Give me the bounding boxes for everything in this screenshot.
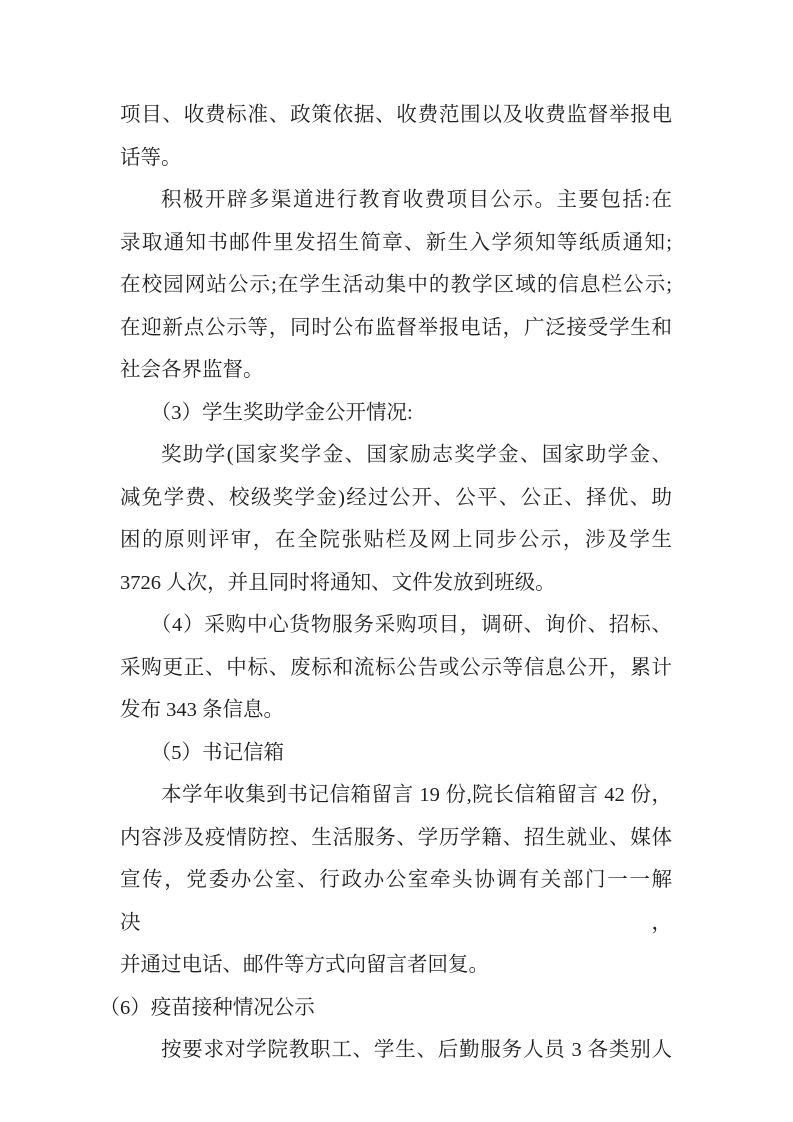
paragraph: 积极开辟多渠道进行教育收费项目公示。主要包括:在录取通知书邮件里发招生简章、新生… bbox=[120, 179, 672, 392]
paragraph: （6）疫苗接种情况公示 bbox=[120, 987, 672, 1030]
paragraph: （5）书记信箱 bbox=[120, 732, 672, 775]
text-line: 按要求对学院教职工、学生、后勤服务人员 3 各类别人 bbox=[120, 1029, 672, 1072]
text-line: 减免学费、校级奖学金)经过公开、公平、公正、择优、助 bbox=[120, 477, 672, 520]
text-line: 3726 人次，并且同时将通知、文件发放到班级。 bbox=[120, 562, 672, 605]
text-line: 发布 343 条信息。 bbox=[120, 689, 672, 732]
paragraph: 本学年收集到书记信箱留言 19 份,院长信箱留言 42 份，内容涉及疫情防控、生… bbox=[120, 774, 672, 987]
paragraph: （3）学生奖助学金公开情况: bbox=[120, 392, 672, 435]
document-body: 项目、收费标准、政策依据、收费范围以及收费监督举报电话等。积极开辟多渠道进行教育… bbox=[0, 0, 793, 1072]
text-line: （4）采购中心货物服务采购项目，调研、询价、招标、 bbox=[120, 604, 672, 647]
text-line: 困的原则评审，在全院张贴栏及网上同步公示，涉及学生 bbox=[120, 519, 672, 562]
text-line: 在迎新点公示等，同时公布监督举报电话，广泛接受学生和 bbox=[120, 307, 672, 350]
paragraph: 按要求对学院教职工、学生、后勤服务人员 3 各类别人 bbox=[120, 1029, 672, 1072]
text-line: 宣传，党委办公室、行政办公室牵头协调有关部门一一解决， bbox=[120, 859, 672, 944]
text-line: 社会各界监督。 bbox=[120, 349, 672, 392]
text-line: 本学年收集到书记信箱留言 19 份,院长信箱留言 42 份， bbox=[120, 774, 672, 817]
text-line: 积极开辟多渠道进行教育收费项目公示。主要包括:在 bbox=[120, 179, 672, 222]
document-page: 项目、收费标准、政策依据、收费范围以及收费监督举报电话等。积极开辟多渠道进行教育… bbox=[0, 0, 793, 1122]
text-line: 采购更正、中标、废标和流标公告或公示等信息公开，累计 bbox=[120, 647, 672, 690]
text-line: 在校园网站公示;在学生活动集中的教学区域的信息栏公示; bbox=[120, 264, 672, 307]
text-line: （3）学生奖助学金公开情况: bbox=[120, 392, 672, 435]
paragraph: 奖助学(国家奖学金、国家励志奖学金、国家助学金、减免学费、校级奖学金)经过公开、… bbox=[120, 434, 672, 604]
text-line: 话等。 bbox=[120, 137, 672, 180]
text-line: 内容涉及疫情防控、生活服务、学历学籍、招生就业、媒体 bbox=[120, 817, 672, 860]
text-line: 项目、收费标准、政策依据、收费范围以及收费监督举报电 bbox=[120, 94, 672, 137]
text-line: （5）书记信箱 bbox=[120, 732, 672, 775]
text-line: 并通过电话、邮件等方式向留言者回复。 bbox=[120, 944, 672, 987]
paragraph: 项目、收费标准、政策依据、收费范围以及收费监督举报电话等。 bbox=[120, 94, 672, 179]
text-line: 录取通知书邮件里发招生简章、新生入学须知等纸质通知; bbox=[120, 222, 672, 265]
text-line: （6）疫苗接种情况公示 bbox=[120, 987, 672, 1030]
paragraph: （4）采购中心货物服务采购项目，调研、询价、招标、采购更正、中标、废标和流标公告… bbox=[120, 604, 672, 732]
text-line: 奖助学(国家奖学金、国家励志奖学金、国家助学金、 bbox=[120, 434, 672, 477]
